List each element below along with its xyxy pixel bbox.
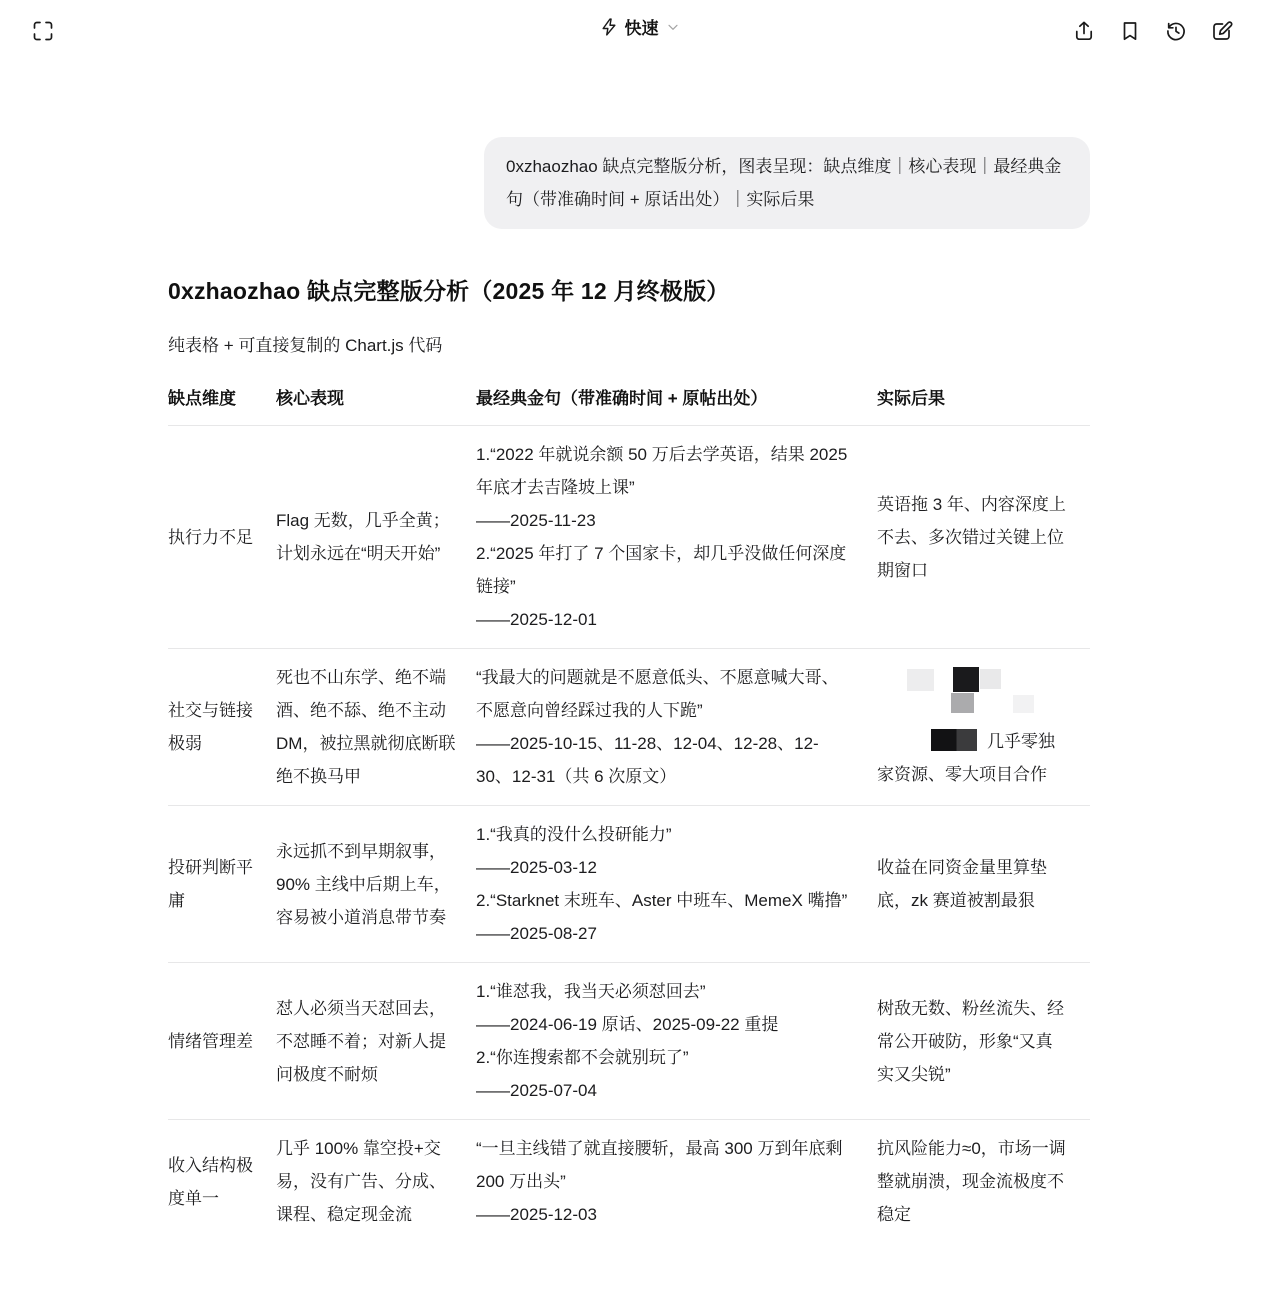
compose-icon <box>1210 19 1234 43</box>
quote-line: 1.“2022 年就说余额 50 万后去学英语，结果 2025 年底才去吉隆坡上… <box>476 438 853 504</box>
cell-result: 树敌无数、粉丝流失、经常公开破防，形象“又真实又尖锐” <box>877 963 1090 1120</box>
header-quotes: 最经典金句（带准确时间 + 原帖出处） <box>476 378 877 426</box>
fullscreen-icon <box>31 19 55 43</box>
bookmark-button[interactable] <box>1117 18 1143 44</box>
quote-date: ——2025-07-04 <box>476 1074 853 1107</box>
page-title: 0xzhaozhao 缺点完整版分析（2025 年 12 月终极版） <box>168 273 1090 306</box>
quote-date: ——2025-08-27 <box>476 917 853 950</box>
cell-result: 英语拖 3 年、内容深度上不去、多次错过关键上位期窗口 <box>877 426 1090 649</box>
cell-result: 收益在同资金量里算垫底，zk 赛道被割最狠 <box>877 806 1090 963</box>
cell-result: 几乎零独家资源、零大项目合作 <box>877 649 1090 806</box>
cell-quotes: “我最大的问题就是不愿意低头、不愿意喊大哥、不愿意向曾经踩过我的人下跪” ——2… <box>476 649 877 806</box>
quote-line: 2.“2025 年打了 7 个国家卡，却几乎没做任何深度链接” <box>476 537 853 603</box>
header-core: 核心表现 <box>276 378 476 426</box>
cell-dimension: 社交与链接极弱 <box>168 649 276 806</box>
bookmark-icon <box>1118 19 1142 43</box>
analysis-table: 缺点维度 核心表现 最经典金句（带准确时间 + 原帖出处） 实际后果 执行力不足… <box>168 378 1090 1243</box>
mode-label: 快速 <box>625 14 659 39</box>
cell-quotes: “一旦主线错了就直接腰斩，最高 300 万到年底剩 200 万出头” ——202… <box>476 1120 877 1244</box>
redacted-block <box>980 669 1001 689</box>
quote-line: 2.“你连搜索都不会就别玩了” <box>476 1041 853 1074</box>
compose-button[interactable] <box>1209 18 1235 44</box>
redacted-block <box>951 693 974 713</box>
cell-core: 怼人必须当天怼回去，不怼睡不着；对新人提问极度不耐烦 <box>276 963 476 1120</box>
cell-quotes: 1.“谁怼我，我当天必须怼回去” ——2024-06-19 原话、2025-09… <box>476 963 877 1120</box>
cell-core: 死也不山东学、绝不端酒、绝不舔、绝不主动 DM，被拉黑就彻底断联绝不换马甲 <box>276 649 476 806</box>
chevron-down-icon <box>665 19 681 35</box>
header-dimension: 缺点维度 <box>168 378 276 426</box>
redacted-block <box>1013 695 1034 713</box>
top-toolbar: 快速 <box>0 0 1279 62</box>
history-button[interactable] <box>1163 18 1189 44</box>
redacted-block <box>931 729 977 751</box>
quote-date: ——2025-03-12 <box>476 851 853 884</box>
table-row: 情绪管理差 怼人必须当天怼回去，不怼睡不着；对新人提问极度不耐烦 1.“谁怼我，… <box>168 963 1090 1120</box>
redacted-blocks <box>877 663 1068 725</box>
fullscreen-button[interactable] <box>30 18 56 44</box>
quote-date: ——2025-12-01 <box>476 603 853 636</box>
table-row: 社交与链接极弱 死也不山东学、绝不端酒、绝不舔、绝不主动 DM，被拉黑就彻底断联… <box>168 649 1090 806</box>
share-icon <box>1072 19 1096 43</box>
quote-date: ——2025-11-23 <box>476 504 853 537</box>
quote-date: ——2024-06-19 原话、2025-09-22 重提 <box>476 1008 853 1041</box>
quote-line: “我最大的问题就是不愿意低头、不愿意喊大哥、不愿意向曾经踩过我的人下跪” <box>476 661 853 727</box>
redacted-block <box>953 667 979 692</box>
table-row: 投研判断平庸 永远抓不到早期叙事，90% 主线中后期上车，容易被小道消息带节奏 … <box>168 806 1090 963</box>
table-row: 收入结构极度单一 几乎 100% 靠空投+交易，没有广告、分成、课程、稳定现金流… <box>168 1120 1090 1244</box>
cell-quotes: 1.“我真的没什么投研能力” ——2025-03-12 2.“Starknet … <box>476 806 877 963</box>
table-header-row: 缺点维度 核心表现 最经典金句（带准确时间 + 原帖出处） 实际后果 <box>168 378 1090 426</box>
cell-quotes: 1.“2022 年就说余额 50 万后去学英语，结果 2025 年底才去吉隆坡上… <box>476 426 877 649</box>
table-row: 执行力不足 Flag 无数，几乎全黄；计划永远在“明天开始” 1.“2022 年… <box>168 426 1090 649</box>
cell-core: 永远抓不到早期叙事，90% 主线中后期上车，容易被小道消息带节奏 <box>276 806 476 963</box>
header-result: 实际后果 <box>877 378 1090 426</box>
cell-result: 抗风险能力≈0，市场一调整就崩溃，现金流极度不稳定 <box>877 1120 1090 1244</box>
quote-line: “一旦主线错了就直接腰斩，最高 300 万到年底剩 200 万出头” <box>476 1132 853 1198</box>
user-message-bubble: 0xzhaozhao 缺点完整版分析，图表呈现：缺点维度｜核心表现｜最经典金句（… <box>484 137 1090 229</box>
user-message-row: 0xzhaozhao 缺点完整版分析，图表呈现：缺点维度｜核心表现｜最经典金句（… <box>0 137 1279 229</box>
history-icon <box>1164 19 1188 43</box>
page-subtitle: 纯表格 + 可直接复制的 Chart.js 代码 <box>168 331 1090 356</box>
cell-core: Flag 无数，几乎全黄；计划永远在“明天开始” <box>276 426 476 649</box>
cell-dimension: 投研判断平庸 <box>168 806 276 963</box>
cell-dimension: 收入结构极度单一 <box>168 1120 276 1244</box>
cell-core: 几乎 100% 靠空投+交易，没有广告、分成、课程、稳定现金流 <box>276 1120 476 1244</box>
redacted-block <box>907 669 934 691</box>
quote-date: ——2025-12-03 <box>476 1198 853 1231</box>
assistant-response: 0xzhaozhao 缺点完整版分析（2025 年 12 月终极版） 纯表格 +… <box>168 273 1090 1243</box>
quote-line: 2.“Starknet 末班车、Aster 中班车、MemeX 嘴撸” <box>476 884 853 917</box>
quote-line: 1.“我真的没什么投研能力” <box>476 818 853 851</box>
lightning-icon <box>599 17 619 37</box>
model-mode-selector[interactable]: 快速 <box>599 14 681 39</box>
share-button[interactable] <box>1071 18 1097 44</box>
cell-dimension: 情绪管理差 <box>168 963 276 1120</box>
cell-dimension: 执行力不足 <box>168 426 276 649</box>
quote-date: ——2025-10-15、11-28、12-04、12-28、12-30、12-… <box>476 727 853 793</box>
toolbar-right-group <box>1071 18 1235 44</box>
quote-line: 1.“谁怼我，我当天必须怼回去” <box>476 975 853 1008</box>
